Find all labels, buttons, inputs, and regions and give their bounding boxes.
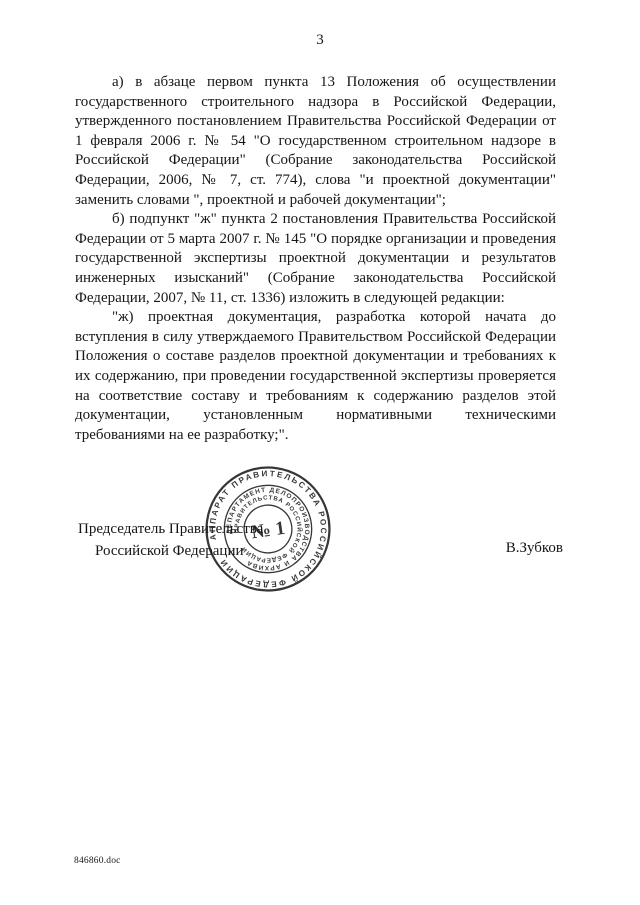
paragraph-subclause-zh: "ж) проектная документация, разработка к… bbox=[75, 308, 556, 445]
signature-block: Председатель Правительства Российской Фе… bbox=[78, 519, 263, 562]
document-page: 3 а) в абзаце первом пункта 13 Положения… bbox=[0, 0, 640, 905]
document-body: а) в абзаце первом пункта 13 Положения о… bbox=[75, 73, 556, 445]
scanned-document: { "page": { "number": "3", "footer": "84… bbox=[0, 0, 640, 905]
signatory-name: В.Зубков bbox=[506, 540, 563, 557]
page-number: 3 bbox=[0, 32, 640, 49]
paragraph-subclause-b: б) подпункт "ж" пункта 2 постановления П… bbox=[75, 210, 556, 308]
signatory-title-line1: Председатель Правительства bbox=[78, 519, 263, 541]
document-footer: 846860.doc bbox=[74, 856, 121, 866]
paragraph-subclause-a: а) в абзаце первом пункта 13 Положения о… bbox=[75, 73, 556, 210]
signatory-title-line2: Российской Федерации bbox=[78, 541, 263, 563]
